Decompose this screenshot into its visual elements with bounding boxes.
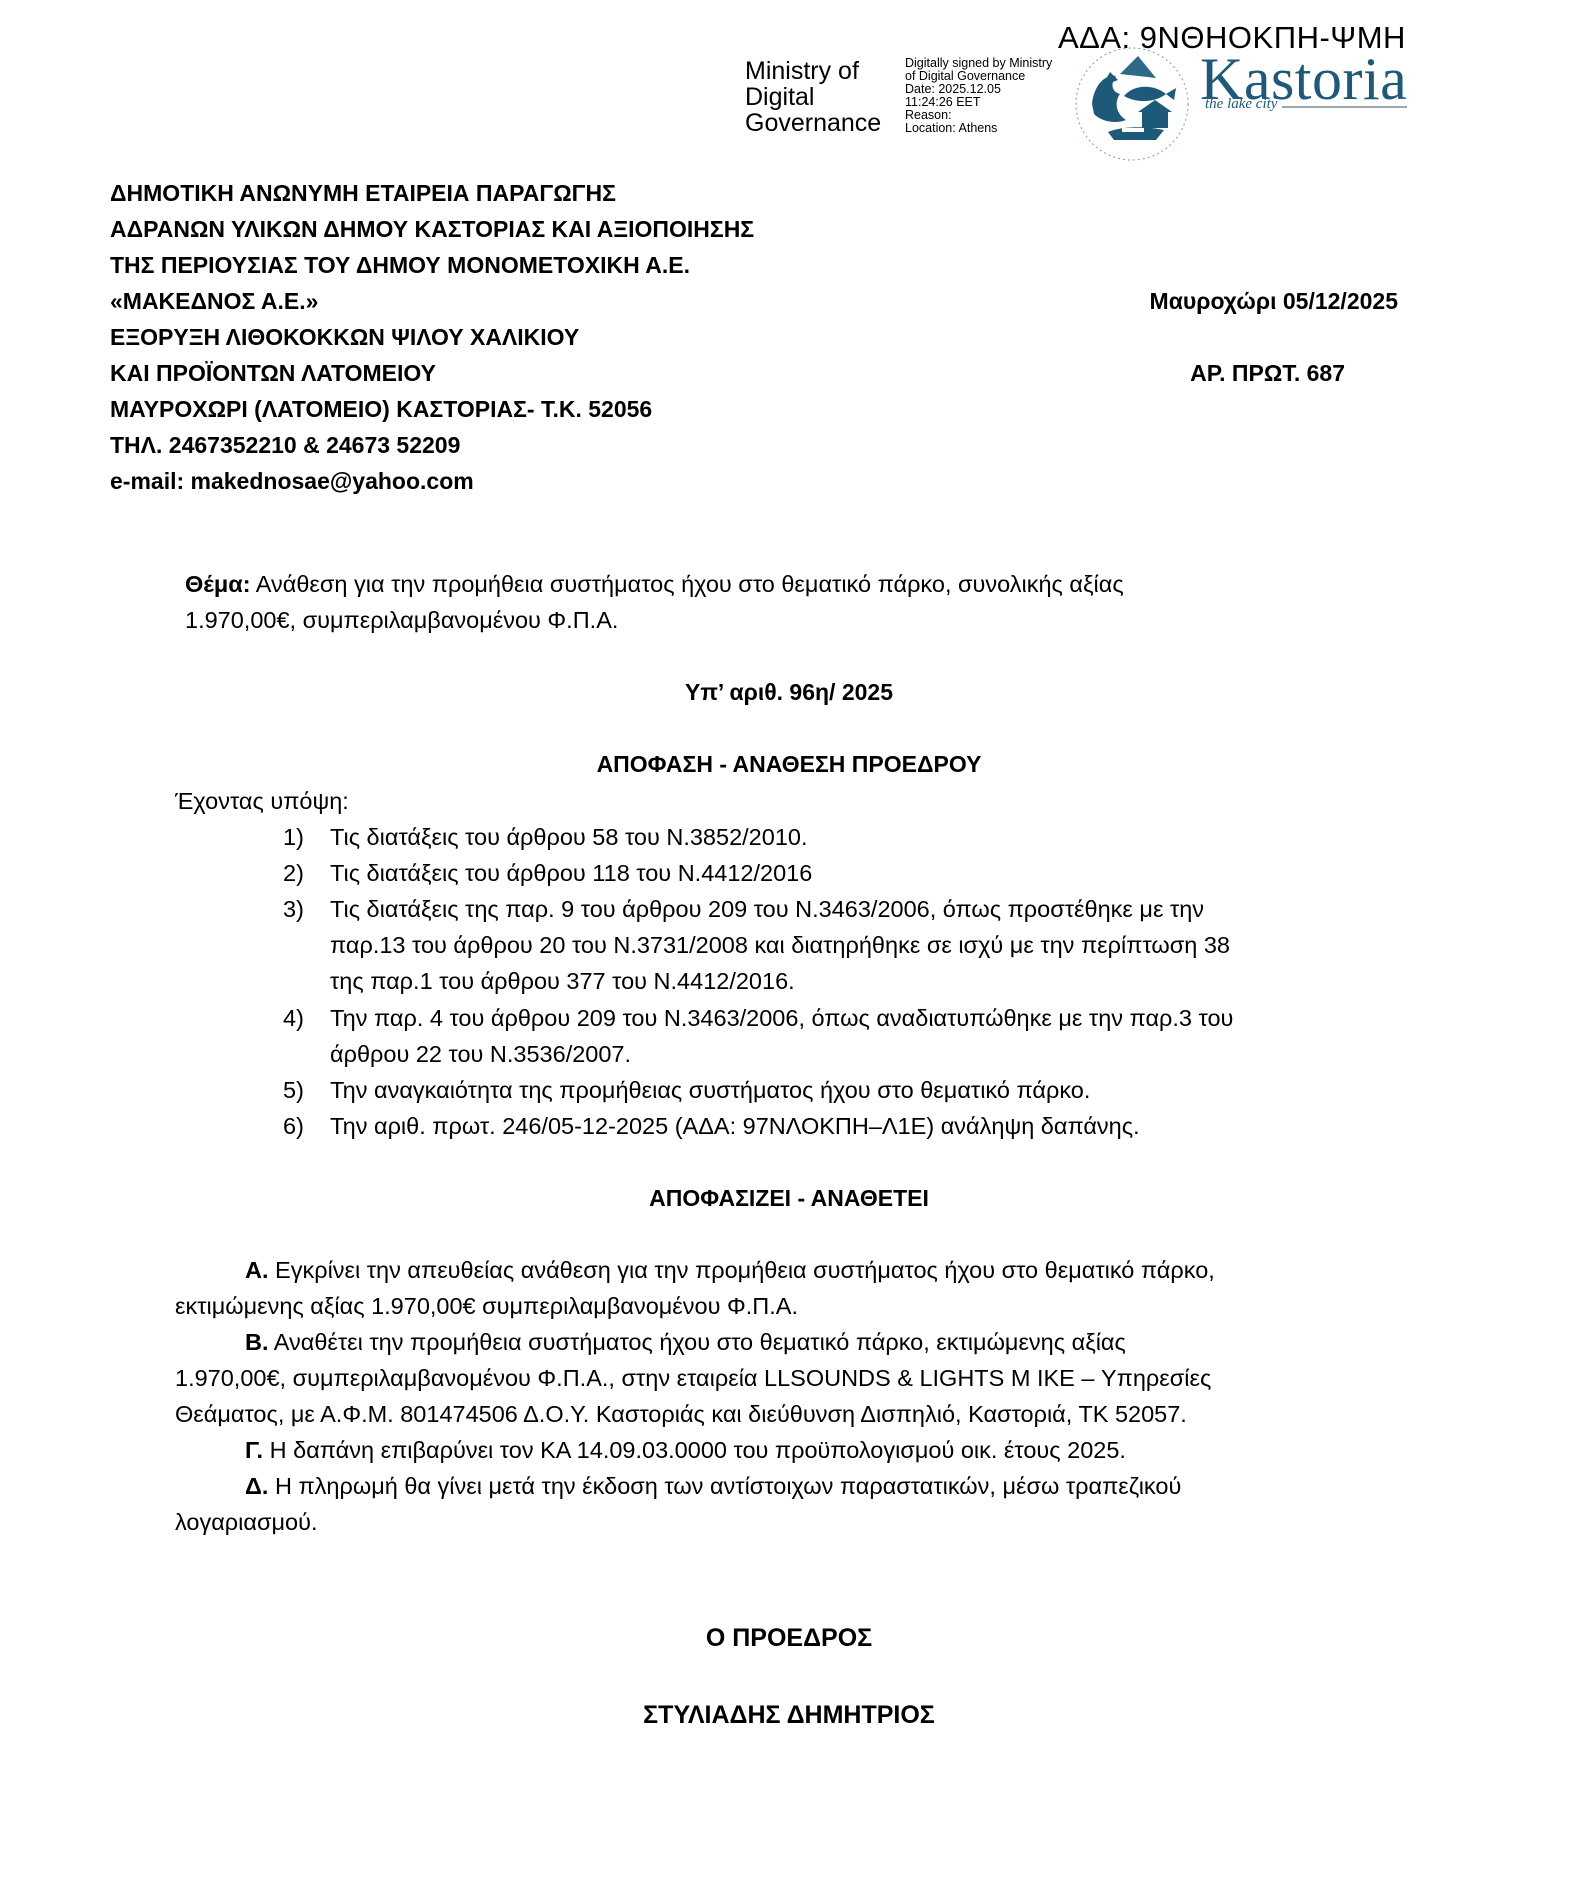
resolution-label: Γ.: [245, 1437, 263, 1463]
header-line: ΕΞΟΡΥΞΗ ΛΙΘΟΚΟΚΚΩΝ ΨΙΛΟΥ ΧΑΛΙΚΙΟΥ: [110, 324, 579, 351]
resolution-item: Α. Εγκρίνει την απευθείας ανάθεση για τη…: [245, 1257, 1215, 1284]
ada-code: ΑΔΑ: 9ΝΘΗΟΚΠΗ-ΨΜΗ: [1058, 20, 1406, 56]
list-item: Τις διατάξεις του άρθρου 58 του Ν.3852/2…: [330, 824, 807, 851]
list-item-continued: άρθρου 22 του Ν.3536/2007.: [330, 1041, 631, 1068]
signatory-name: ΣΤΥΛΙΑΔΗΣ ΔΗΜΗΤΡΙΟΣ: [0, 1701, 1578, 1730]
header-line: ΑΔΡΑΝΩΝ ΥΛΙΚΩΝ ΔΗΜΟΥ ΚΑΣΤΟΡΙΑΣ ΚΑΙ ΑΞΙΟΠ…: [110, 216, 754, 243]
header-line: ΔΗΜΟΤΙΚΗ ΑΝΩΝΥΜΗ ΕΤΑΙΡΕΙΑ ΠΑΡΑΓΩΓΗΣ: [110, 180, 616, 207]
signature-issuer-line: Governance: [745, 110, 881, 136]
signature-issuer: Ministry of Digital Governance: [745, 58, 881, 136]
header-email: e-mail: makednosae@yahoo.com: [110, 468, 474, 495]
kastoria-emblem-icon: [1072, 44, 1192, 164]
header-line: ΤΗΣ ΠΕΡΙΟΥΣΙΑΣ ΤΟΥ ΔΗΜΟΥ ΜΟΝΟΜΕΤΟΧΙΚΗ Α.…: [110, 252, 690, 279]
list-number: 2): [283, 860, 304, 887]
header-line: ΜΑΥΡΟΧΩΡΙ (ΛΑΤΟΜΕΙΟ) ΚΑΣΤΟΡΙΑΣ- Τ.Κ. 520…: [110, 396, 652, 423]
list-item-continued: παρ.13 του άρθρου 20 του Ν.3731/2008 και…: [330, 932, 1230, 959]
list-item: Την αναγκαιότητα της προμήθειας συστήματ…: [330, 1077, 1090, 1104]
kastoria-tagline: the lake city: [1205, 96, 1277, 113]
resolution-item: Γ. Η δαπάνη επιβαρύνει τον ΚΑ 14.09.03.0…: [245, 1437, 1126, 1464]
resolution-text-continued: Θεάματος, με Α.Φ.Μ. 801474506 Δ.Ο.Υ. Κασ…: [175, 1401, 1187, 1428]
header-line: «ΜΑΚΕΔΝΟΣ Α.Ε.»: [110, 288, 318, 315]
list-number: 5): [283, 1077, 304, 1104]
resolution-text-continued: 1.970,00€, συμπεριλαμβανομένου Φ.Π.Α., σ…: [175, 1365, 1211, 1392]
signature-issuer-line: Digital: [745, 84, 881, 110]
tagline-divider: [1282, 106, 1407, 108]
resolution-label: Β.: [245, 1329, 269, 1355]
subject-text: Ανάθεση για την προμήθεια συστήματος ήχο…: [251, 571, 1124, 597]
subject-line: Θέμα: Ανάθεση για την προμήθεια συστήματ…: [185, 571, 1124, 598]
resolution-text: Η δαπάνη επιβαρύνει τον ΚΑ 14.09.03.0000…: [263, 1437, 1126, 1463]
considering-label: Έχοντας υπόψη:: [175, 788, 349, 815]
signature-details: Digitally signed by Ministry of Digital …: [905, 57, 1052, 135]
list-item: Την αριθ. πρωτ. 246/05-12-2025 (ΑΔΑ: 97Ν…: [330, 1113, 1140, 1140]
list-item: Τις διατάξεις της παρ. 9 του άρθρου 209 …: [330, 896, 1204, 923]
decision-number: Υπ’ αριθ. 96η/ 2025: [0, 679, 1578, 706]
resolution-text-continued: λογαριασμού.: [175, 1509, 317, 1536]
subject-line-2: 1.970,00€, συμπεριλαμβανομένου Φ.Π.Α.: [185, 607, 618, 634]
resolution-label: Α.: [245, 1257, 269, 1283]
resolution-item: Δ. Η πληρωμή θα γίνει μετά την έκδοση τω…: [245, 1473, 1181, 1500]
list-item: Την παρ. 4 του άρθρου 209 του Ν.3463/200…: [330, 1005, 1233, 1032]
decision-title: ΑΠΟΦΑΣΗ - ΑΝΑΘΕΣΗ ΠΡΟΕΔΡΟΥ: [0, 751, 1578, 778]
list-number: 4): [283, 1005, 304, 1032]
header-line: ΚΑΙ ΠΡΟΪΟΝΤΩΝ ΛΑΤΟΜΕΙΟΥ: [110, 360, 436, 387]
list-number: 6): [283, 1113, 304, 1140]
resolution-label: Δ.: [245, 1473, 268, 1499]
list-number: 3): [283, 896, 304, 923]
signature-detail: Location: Athens: [905, 122, 1052, 135]
protocol-number: ΑΡ. ΠΡΩΤ. 687: [1190, 360, 1345, 387]
resolution-text: Αναθέτει την προμήθεια συστήματος ήχου σ…: [269, 1329, 1126, 1355]
resolution-item: Β. Αναθέτει την προμήθεια συστήματος ήχο…: [245, 1329, 1126, 1356]
resolution-text: Η πληρωμή θα γίνει μετά την έκδοση των α…: [268, 1473, 1181, 1499]
header-line: ΤΗΛ. 2467352210 & 24673 52209: [110, 432, 460, 459]
place-date: Μαυροχώρι 05/12/2025: [1150, 288, 1398, 315]
signatory-title: Ο ΠΡΟΕΔΡΟΣ: [0, 1624, 1578, 1653]
signature-issuer-line: Ministry of: [745, 58, 881, 84]
list-number: 1): [283, 824, 304, 851]
subject-label: Θέμα:: [185, 571, 251, 597]
list-item-continued: της παρ.1 του άρθρου 377 του Ν.4412/2016…: [330, 968, 795, 995]
resolution-text-continued: εκτιμώμενης αξίας 1.970,00€ συμπεριλαμβα…: [175, 1293, 798, 1320]
list-item: Τις διατάξεις του άρθρου 118 του Ν.4412/…: [330, 860, 812, 887]
resolution-title: ΑΠΟΦΑΣΙΖΕΙ - ΑΝΑΘΕΤΕΙ: [0, 1185, 1578, 1212]
resolution-text: Εγκρίνει την απευθείας ανάθεση για την π…: [269, 1257, 1215, 1283]
